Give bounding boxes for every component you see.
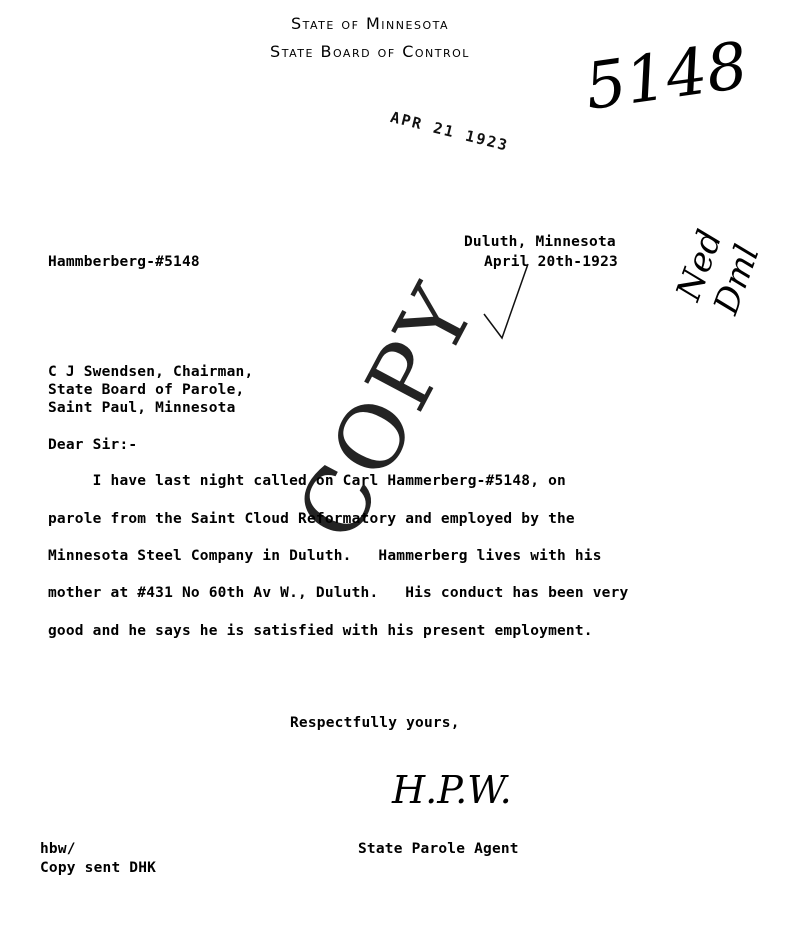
letter-place: Duluth, Minnesota bbox=[464, 234, 616, 250]
signature: H.P.W. bbox=[392, 768, 512, 812]
addressee-line-2: State Board of Parole, bbox=[48, 382, 244, 398]
typist-initials: hbw/ bbox=[40, 841, 76, 857]
received-date-stamp: APR 21 1923 bbox=[389, 108, 511, 155]
signer-title: State Parole Agent bbox=[358, 841, 519, 857]
reference-line: Hammberberg-#5148 bbox=[48, 254, 200, 270]
salutation: Dear Sir:- bbox=[48, 437, 137, 453]
body-line: good and he says he is satisfied with hi… bbox=[48, 623, 593, 639]
checkmark-icon bbox=[480, 262, 540, 342]
handwritten-margin-initials: Ned Dml bbox=[668, 161, 791, 320]
body-line: parole from the Saint Cloud Reformatory … bbox=[48, 511, 575, 527]
letterhead-state: State of Minnesota bbox=[0, 14, 740, 33]
body-line: Minnesota Steel Company in Duluth. Hamme… bbox=[48, 548, 602, 564]
copy-note: Copy sent DHK bbox=[40, 860, 156, 876]
closing: Respectfully yours, bbox=[290, 715, 460, 731]
body-line: I have last night called on Carl Hammerb… bbox=[48, 473, 566, 489]
letter-page: State of Minnesota State Board of Contro… bbox=[0, 0, 800, 933]
addressee-line-1: C J Swendsen, Chairman, bbox=[48, 364, 253, 380]
addressee-line-3: Saint Paul, Minnesota bbox=[48, 400, 236, 416]
body-line: mother at #431 No 60th Av W., Duluth. Hi… bbox=[48, 585, 628, 601]
